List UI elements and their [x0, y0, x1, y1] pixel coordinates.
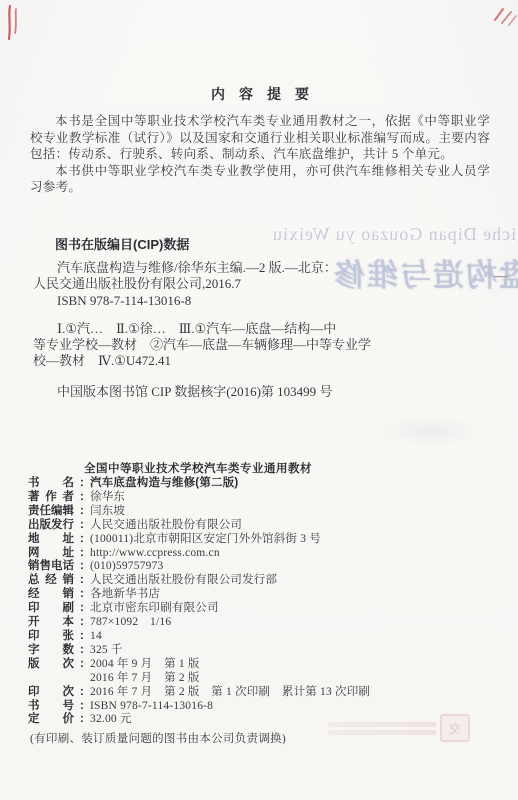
row-value-wrap: (100011)北京市朝阳区安定门外外馆斜街 3 号	[90, 533, 496, 547]
row-label: 书 名	[28, 477, 80, 491]
colophon-row: 网 址 : http://www.ccpress.com.cn	[28, 547, 496, 561]
bleedthrough-smudge	[378, 416, 482, 446]
cip-title-line: 汽车底盘构造与维修/徐华东主编.—2 版.—北京：	[33, 260, 433, 276]
row-value-wrap: http://www.ccpress.com.cn	[90, 547, 496, 561]
cip-classification-line-2: 等专业学校—教材 ②汽车—底盘—车辆修理—中等专业学	[33, 337, 433, 353]
row-value-wrap: 325 千	[90, 644, 496, 658]
colophon-row: 印 次 : 2016 年 7 月 第 2 版 第 1 次印刷 累计第 13 次印…	[28, 686, 496, 700]
row-label: 印 刷	[28, 602, 80, 616]
content-summary-section: 内 容 提 要 本书是全国中等职业技术学校汽车类专业通用教材之一，依据《中等职业…	[30, 84, 490, 196]
row-value-wrap: 北京市密东印刷有限公司	[90, 602, 496, 616]
cip-heading: 图书在版编目(CIP)数据	[33, 237, 433, 253]
row-value: 人民交通出版社股份有限公司发行部	[90, 574, 277, 586]
row-label: 书 号	[28, 700, 80, 714]
colophon-row: 书 名 : 汽车底盘构造与维修(第二版)	[28, 477, 496, 491]
row-value-line2: 2016 年 7 月 第 2 版	[90, 672, 496, 686]
cip-record-number-line: 中国版本图书馆 CIP 数据核字(2016)第 103499 号	[33, 384, 433, 400]
row-colon: :	[80, 574, 90, 588]
row-colon: :	[80, 547, 90, 561]
row-value: 各地新华书店	[90, 588, 160, 600]
red-stamp-mark-top-right	[492, 3, 518, 29]
row-value-wrap: 徐华东	[90, 491, 496, 505]
row-label: 印 张	[28, 630, 80, 644]
row-value: (100011)北京市朝阳区安定门外外馆斜街 3 号	[90, 533, 321, 545]
row-value: (010)59757973	[90, 560, 164, 572]
row-label: 印 次	[28, 686, 80, 700]
content-summary-title: 内 容 提 要	[30, 84, 490, 104]
row-value: ISBN 978-7-114-13016-8	[90, 700, 213, 712]
colophon-row: 地 址 : (100011)北京市朝阳区安定门外外馆斜街 3 号	[28, 533, 496, 547]
row-value: 2004 年 9 月 第 1 版	[90, 658, 200, 670]
row-colon: :	[80, 505, 90, 519]
content-summary-paragraph-2: 本书供中等职业学校汽车类专业教学使用，亦可供汽车维修相关专业人员学习参考。	[30, 163, 490, 196]
row-value-wrap: ISBN 978-7-114-13016-8	[90, 700, 496, 714]
colophon-row: 书 号 : ISBN 978-7-114-13016-8	[28, 700, 496, 714]
row-colon: :	[80, 658, 90, 686]
colophon-row: 出版发行 : 人民交通出版社股份有限公司	[28, 519, 496, 533]
row-colon: :	[80, 630, 90, 644]
stray-pencil-dash: —	[494, 268, 507, 284]
row-value: 汽车底盘构造与维修(第二版)	[90, 477, 238, 489]
colophon-row: 经 销 : 各地新华书店	[28, 588, 496, 602]
row-value-wrap: 闫东坡	[90, 505, 496, 519]
row-colon: :	[80, 519, 90, 533]
row-value: 人民交通出版社股份有限公司	[90, 519, 242, 531]
colophon-rows: 书 名 : 汽车底盘构造与维修(第二版) 著 作 者 : 徐华东 责任编辑 : …	[28, 477, 496, 727]
row-value: 32.00 元	[90, 713, 132, 725]
book-copyright-page: Qiche Dipan Gouzao yu Weixiu 汽车底盘构造与维修 交…	[0, 0, 518, 800]
row-label: 地 址	[28, 533, 80, 547]
row-value-wrap: 人民交通出版社股份有限公司发行部	[90, 574, 496, 588]
row-colon: :	[80, 700, 90, 714]
quality-exchange-note: (有印刷、装订质量问题的图书由本公司负责调换)	[30, 732, 496, 746]
row-colon: :	[80, 686, 90, 700]
colophon-row: 印 刷 : 北京市密东印刷有限公司	[28, 602, 496, 616]
row-value: http://www.ccpress.com.cn	[90, 547, 220, 559]
row-label: 开 本	[28, 616, 80, 630]
row-label: 字 数	[28, 644, 80, 658]
row-label: 经 销	[28, 588, 80, 602]
row-label: 网 址	[28, 547, 80, 561]
row-colon: :	[80, 602, 90, 616]
row-value-wrap: 人民交通出版社股份有限公司	[90, 519, 496, 533]
row-colon: :	[80, 713, 90, 727]
cip-publisher-line: 人民交通出版社股份有限公司,2016.7	[33, 276, 433, 292]
row-value-wrap: 787×1092 1/16	[90, 616, 496, 630]
row-label: 著 作 者	[28, 491, 80, 505]
content-summary-paragraph-1: 本书是全国中等职业技术学校汽车类专业通用教材之一，依据《中等职业学校专业教学标准…	[30, 113, 490, 163]
row-label: 出版发行	[28, 519, 80, 533]
colophon-row: 责任编辑 : 闫东坡	[28, 505, 496, 519]
row-label: 责任编辑	[28, 505, 80, 519]
row-value: 787×1092 1/16	[90, 616, 171, 628]
colophon-row: 字 数 : 325 千	[28, 644, 496, 658]
row-value-wrap: 32.00 元	[90, 713, 496, 727]
colophon-section: 全国中等职业技术学校汽车类专业通用教材 书 名 : 汽车底盘构造与维修(第二版)…	[28, 462, 496, 746]
row-value-wrap: 2004 年 9 月 第 1 版 2016 年 7 月 第 2 版	[90, 658, 496, 686]
row-colon: :	[80, 588, 90, 602]
row-colon: :	[80, 477, 90, 491]
colophon-row: 总 经 销 : 人民交通出版社股份有限公司发行部	[28, 574, 496, 588]
row-label: 总 经 销	[28, 574, 80, 588]
row-value-wrap: (010)59757973	[90, 560, 496, 574]
red-stamp-mark-top-left	[3, 2, 23, 44]
cip-classification-line-1: Ⅰ.①汽… Ⅱ.①徐… Ⅲ.①汽车—底盘—结构—中	[33, 321, 433, 337]
cip-data-section: 图书在版编目(CIP)数据 汽车底盘构造与维修/徐华东主编.—2 版.—北京： …	[33, 237, 433, 401]
colophon-row: 著 作 者 : 徐华东	[28, 491, 496, 505]
row-value-wrap: 14	[90, 630, 496, 644]
colophon-row: 销售电话 : (010)59757973	[28, 560, 496, 574]
row-value: 徐华东	[90, 491, 125, 503]
series-title: 全国中等职业技术学校汽车类专业通用教材	[84, 462, 496, 476]
row-value-wrap: 各地新华书店	[90, 588, 496, 602]
row-value-wrap: 汽车底盘构造与维修(第二版)	[90, 477, 496, 491]
row-label: 销售电话	[28, 560, 80, 574]
row-colon: :	[80, 560, 90, 574]
row-colon: :	[80, 616, 90, 630]
row-colon: :	[80, 644, 90, 658]
cip-isbn-line: ISBN 978-7-114-13016-8	[33, 293, 433, 309]
row-value: 北京市密东印刷有限公司	[90, 602, 219, 614]
colophon-row: 定 价 : 32.00 元	[28, 713, 496, 727]
row-value: 325 千	[90, 644, 123, 656]
row-value: 2016 年 7 月 第 2 版 第 1 次印刷 累计第 13 次印刷	[90, 686, 370, 698]
colophon-row: 开 本 : 787×1092 1/16	[28, 616, 496, 630]
colophon-row: 印 张 : 14	[28, 630, 496, 644]
row-colon: :	[80, 491, 90, 505]
row-label: 定 价	[28, 713, 80, 727]
colophon-row: 版 次 : 2004 年 9 月 第 1 版 2016 年 7 月 第 2 版	[28, 658, 496, 686]
row-value: 闫东坡	[90, 505, 125, 517]
row-value-wrap: 2016 年 7 月 第 2 版 第 1 次印刷 累计第 13 次印刷	[90, 686, 496, 700]
row-label: 版 次	[28, 658, 80, 686]
cip-classification-line-3: 校—教材 Ⅳ.①U472.41	[33, 353, 433, 369]
row-value: 14	[90, 630, 102, 642]
row-colon: :	[80, 533, 90, 547]
